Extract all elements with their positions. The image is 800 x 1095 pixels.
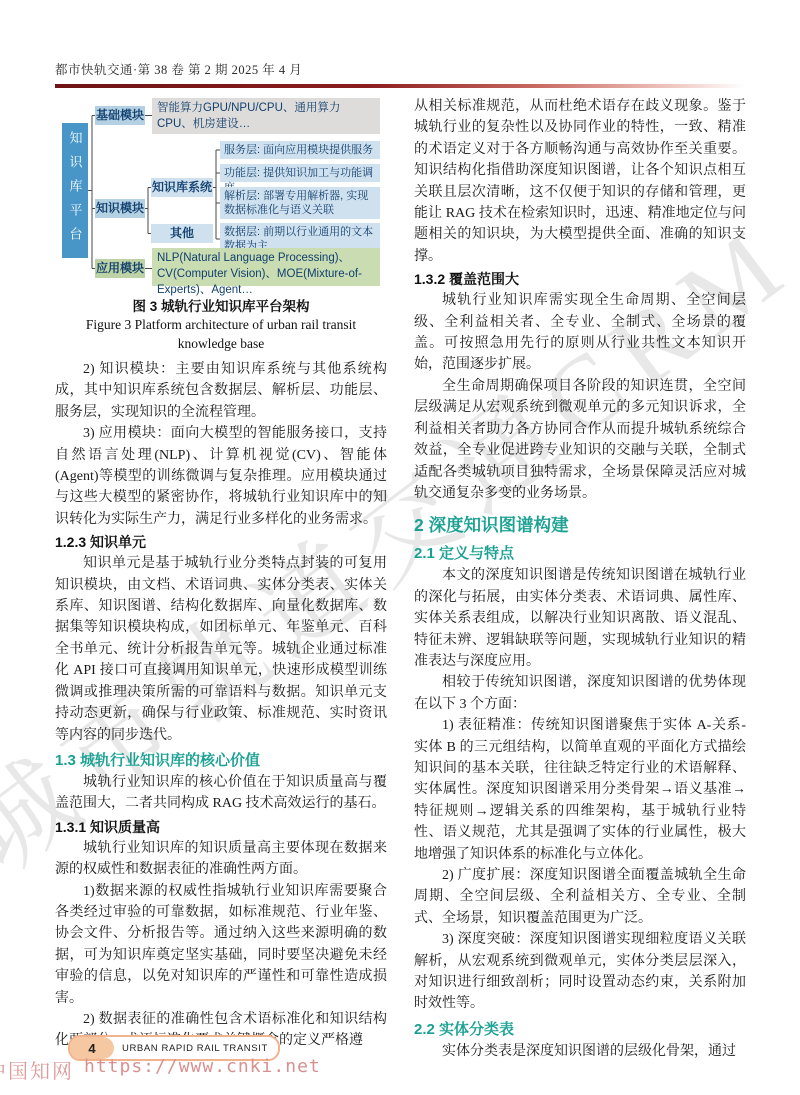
other-box: 其他 [151, 224, 213, 243]
paragraph-knowledge-unit: 知识单元是基于城轨行业分类特点封装的可复用知识模块，由文档、术语词典、实体分类表… [55, 553, 387, 746]
journal-header: 都市快轨交通·第 38 卷 第 2 期 2025 年 4 月 [55, 60, 555, 78]
left-column: 知识库平台 基础模块 智能算力GPU/NPU/CPU、通用算力CPU、机房建设…… [55, 96, 387, 1052]
heading-2-1: 2.1 定义与特点 [414, 542, 746, 563]
heading-1-2-3: 1.2.3 知识单元 [55, 532, 387, 552]
base-module-label: 基础模块 [95, 106, 145, 125]
paragraph-data-source: 1)数据来源的权威性指城轨行业知识库需要聚合各类经过审验的可靠数据，如标准规范、… [55, 881, 387, 1009]
paragraph-advantage-1: 1) 表征精准：传统知识图谱聚焦于实体 A-关系-实体 B 的三元组结构，以简单… [414, 715, 746, 865]
paragraph-advantages-intro: 相较于传统知识图谱，深度知识图谱的优势体现在以下 3 个方面： [414, 672, 746, 715]
figure-caption-en-line1: Figure 3 Platform architecture of urban … [55, 315, 387, 334]
kb-platform-root-box: 知识库平台 [62, 123, 88, 258]
paragraph-terminology: 从相关标准规范，从而杜绝术语存在歧义现象。鉴于城轨行业的复杂性以及协同作业的特性… [414, 96, 746, 267]
paragraph-coverage-detail: 全生命周期确保项目各阶段的知识连贯，全空间层级满足从宏观系统到微观单元的多元知识… [414, 376, 746, 504]
kb-system-box: 知识库系统 [151, 178, 213, 197]
knowledge-module-label: 知识模块 [95, 199, 145, 218]
paragraph-knowledge-module: 2) 知识模块：主要由知识库系统与其他系统构成，其中知识库系统包含数据层、解析层… [55, 359, 387, 423]
paragraph-advantage-3: 3) 深度突破：深度知识图谱实现细粒度语义关联解析，从宏观系统到微观单元，实体分… [414, 929, 746, 1015]
heading-2-2: 2.2 实体分类表 [414, 1018, 746, 1039]
function-layer-box: 功能层: 提供知识加工与功能调度 [220, 164, 380, 182]
paragraph-advantage-2: 2) 广度扩展：深度知识图谱全面覆盖城轨全生命周期、全空间层级、全利益相关方、全… [414, 865, 746, 929]
app-module-content-box: NLP(Natural Language Processing)、CV(Comp… [152, 248, 380, 286]
base-module-content-box: 智能算力GPU/NPU/CPU、通用算力CPU、机房建设… [152, 98, 380, 134]
figure-3-diagram: 知识库平台 基础模块 智能算力GPU/NPU/CPU、通用算力CPU、机房建设…… [55, 96, 387, 288]
heading-2: 2 深度知识图谱构建 [414, 512, 746, 537]
heading-1-3-1: 1.3.1 知识质量高 [55, 817, 387, 837]
paragraph-deep-kg-definition: 本文的深度知识图谱是传统知识图谱在城轨行业的深化与拓展，由实体分类表、术语词典、… [414, 565, 746, 672]
heading-1-3: 1.3 城轨行业知识库的核心价值 [55, 749, 387, 770]
right-column: 从相关标准规范，从而杜绝术语存在歧义现象。鉴于城轨行业的复杂性以及协同作业的特性… [414, 96, 746, 1062]
paragraph-coverage-intro: 城轨行业知识库需实现全生命周期、全空间层级、全利益相关者、全专业、全制式、全场景… [414, 290, 746, 376]
cnki-logo-text: 中国知网 [0, 1055, 74, 1084]
service-layer-box: 服务层: 面向应用模块提供服务 [220, 141, 380, 159]
paragraph-quality-intro: 城轨行业知识库的知识质量高主要体现在数据来源的权威性和数据表征的准确性两方面。 [55, 838, 387, 881]
paragraph-app-module: 3) 应用模块：面向大模型的智能服务接口，支持自然语言处理(NLP)、计算机视觉… [55, 423, 387, 530]
header-rule [55, 84, 745, 88]
figure-caption-en-line2: knowledge base [55, 334, 387, 353]
parse-layer-box: 解析层: 部署专用解析器, 实现数据标准化与语义关联 [220, 187, 380, 219]
heading-1-3-2: 1.3.2 覆盖范围大 [414, 269, 746, 289]
paragraph-entity-table: 实体分类表是深度知识图谱的层级化骨架，通过 [414, 1041, 746, 1062]
app-module-label: 应用模块 [95, 259, 145, 278]
paragraph-core-value: 城轨行业知识库的核心价值在于知识质量高与覆盖范围大，二者共同构成 RAG 技术高… [55, 772, 387, 815]
cnki-url-link[interactable]: https://www.cnki.net [84, 1056, 321, 1077]
figure-caption-zh: 图 3 城轨行业知识库平台架构 [55, 295, 387, 315]
